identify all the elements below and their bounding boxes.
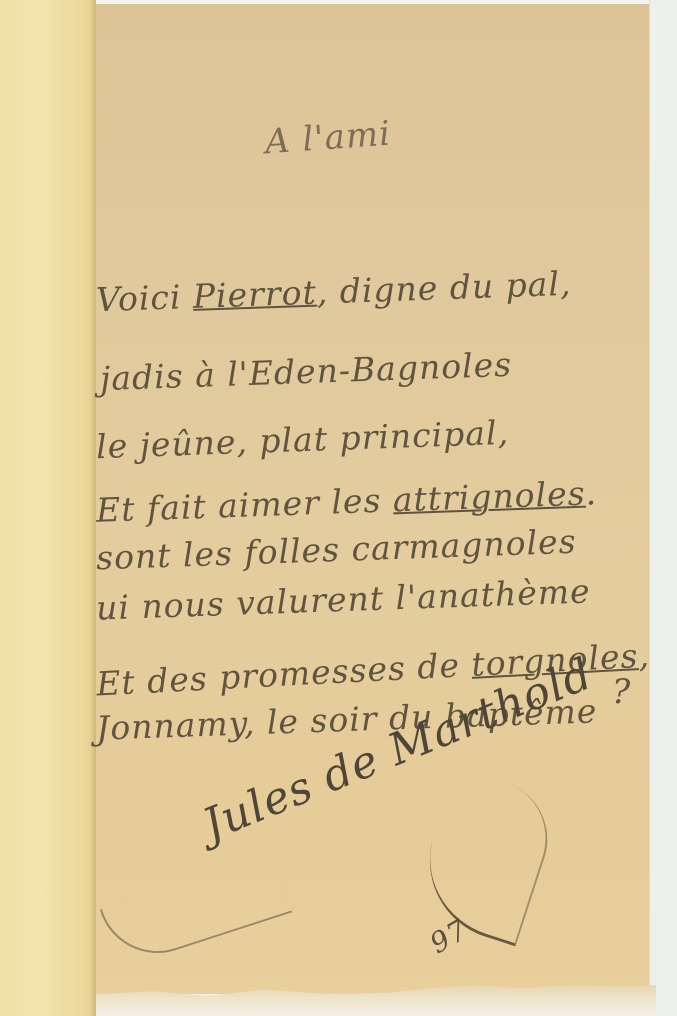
background-margin: [649, 0, 677, 1016]
question-mark: ?: [612, 672, 630, 712]
facing-page-left: [0, 0, 96, 1016]
poem-line-text-after: ,: [637, 636, 651, 676]
poem-line-text: Voici: [95, 277, 193, 319]
poem-line-text-after: .: [585, 473, 598, 512]
underlined-word: Pierrot: [192, 273, 317, 316]
underlined-word: attrignoles: [392, 474, 586, 520]
